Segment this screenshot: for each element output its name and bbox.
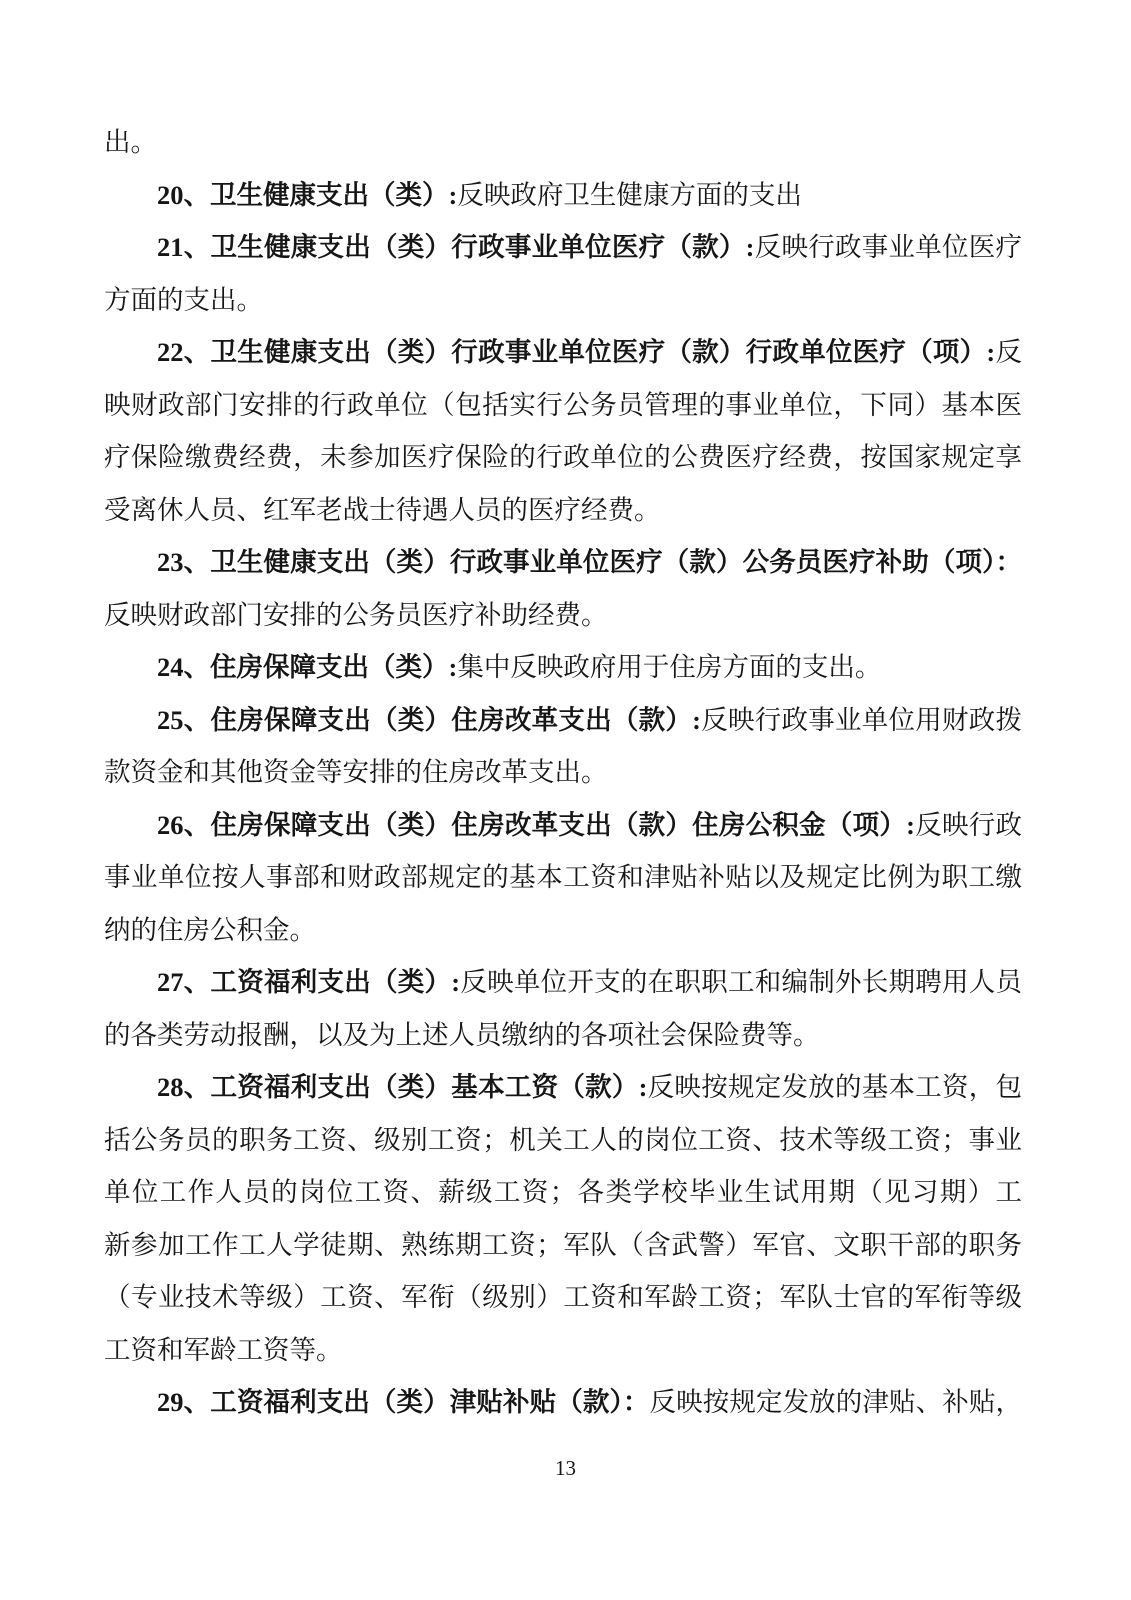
doc-line: 23、卫生健康支出（类）行政事业单位医疗（款）公务员医疗补助（项）： [104, 536, 1022, 589]
doc-line: 26、住房保障支出（类）住房改革支出（款）住房公积金（项）:反映行政 [104, 799, 1022, 852]
item-heading: 26、住房保障支出（类）住房改革支出（款）住房公积金（项）: [157, 810, 915, 840]
doc-line: 事业单位按人事部和财政部规定的基本工资和津贴补贴以及规定比例为职工缴 [104, 851, 1022, 904]
doc-line: 21、卫生健康支出（类）行政事业单位医疗（款）:反映行政事业单位医疗 [104, 221, 1022, 274]
document-body: 出。 20、卫生健康支出（类）:反映政府卫生健康方面的支出 21、卫生健康支出（… [104, 116, 1022, 1429]
doc-line: 新参加工作工人学徒期、熟练期工资；军队（含武警）军官、文职干部的职务 [104, 1219, 1022, 1272]
body-text: 反映行政事业单位医疗 [754, 232, 1022, 262]
body-text: 单位工作人员的岗位工资、薪级工资；各类学校毕业生试用期（见习期）工资、 [104, 1177, 1022, 1219]
body-text: 集中反映政府用于住房方面的支出。 [457, 652, 881, 682]
body-text: 受离休人员、红军老战士待遇人员的医疗经费。 [104, 495, 661, 525]
body-text: 款资金和其他资金等安排的住房改革支出。 [104, 757, 608, 787]
doc-line: 29、工资福利支出（类）津贴补贴（款）：反映按规定发放的津贴、补贴， [104, 1376, 1022, 1429]
doc-line: 疗保险缴费经费，未参加医疗保险的行政单位的公费医疗经费，按国家规定享 [104, 431, 1022, 484]
item-heading: 21、卫生健康支出（类）行政事业单位医疗（款）: [157, 232, 754, 262]
body-text: 纳的住房公积金。 [104, 915, 316, 945]
item-heading: 22、卫生健康支出（类）行政事业单位医疗（款）行政单位医疗（项）: [157, 337, 995, 367]
body-text: 新参加工作工人学徒期、熟练期工资；军队（含武警）军官、文职干部的职务 [104, 1230, 1022, 1260]
body-text: 映财政部门安排的行政单位（包括实行公务员管理的事业单位，下同）基本医 [104, 390, 1022, 420]
doc-line: 20、卫生健康支出（类）:反映政府卫生健康方面的支出 [104, 169, 1022, 222]
doc-line: 27、工资福利支出（类）:反映单位开支的在职职工和编制外长期聘用人员 [104, 956, 1022, 1009]
body-text: 反映单位开支的在职职工和编制外长期聘用人员 [460, 967, 1022, 997]
item-heading: 23、卫生健康支出（类）行政事业单位医疗（款）公务员医疗补助（项）： [157, 547, 1022, 577]
doc-line: 反映财政部门安排的公务员医疗补助经费。 [104, 589, 1022, 642]
doc-line: 方面的支出。 [104, 274, 1022, 327]
document-page: 出。 20、卫生健康支出（类）:反映政府卫生健康方面的支出 21、卫生健康支出（… [0, 0, 1131, 1600]
body-text: 反映按规定发放的津贴、补贴， [649, 1387, 1022, 1417]
body-text: 方面的支出。 [104, 285, 263, 315]
body-text: 反 [995, 337, 1022, 367]
doc-line: 映财政部门安排的行政单位（包括实行公务员管理的事业单位，下同）基本医 [104, 379, 1022, 432]
doc-line: （专业技术等级）工资、军衔（级别）工资和军龄工资；军队士官的军衔等级 [104, 1271, 1022, 1324]
doc-line: 受离休人员、红军老战士待遇人员的医疗经费。 [104, 484, 1022, 537]
item-heading: 28、工资福利支出（类）基本工资（款）: [157, 1072, 647, 1102]
body-text: 反映按规定发放的基本工资，包 [647, 1072, 1022, 1102]
doc-line: 出。 [104, 116, 1022, 169]
body-text: 反映行政事业单位用财政拨 [701, 705, 1022, 735]
body-text: （专业技术等级）工资、军衔（级别）工资和军龄工资；军队士官的军衔等级 [104, 1282, 1022, 1312]
body-text: 反映行政 [915, 810, 1022, 840]
doc-line: 款资金和其他资金等安排的住房改革支出。 [104, 746, 1022, 799]
body-text: 反映政府卫生健康方面的支出 [457, 180, 802, 210]
doc-line: 单位工作人员的岗位工资、薪级工资；各类学校毕业生试用期（见习期）工资、 [104, 1166, 1022, 1219]
body-text: 出。 [104, 127, 157, 157]
item-heading: 24、住房保障支出（类）: [157, 652, 457, 682]
item-heading: 29、工资福利支出（类）津贴补贴（款）： [157, 1387, 649, 1417]
body-text: 事业单位按人事部和财政部规定的基本工资和津贴补贴以及规定比例为职工缴 [104, 862, 1022, 892]
doc-line: 28、工资福利支出（类）基本工资（款）:反映按规定发放的基本工资，包 [104, 1061, 1022, 1114]
doc-line: 25、住房保障支出（类）住房改革支出（款）:反映行政事业单位用财政拨 [104, 694, 1022, 747]
body-text: 反映财政部门安排的公务员医疗补助经费。 [104, 600, 608, 630]
body-text: 括公务员的职务工资、级别工资；机关工人的岗位工资、技术等级工资；事业 [104, 1125, 1022, 1155]
doc-line: 的各类劳动报酬，以及为上述人员缴纳的各项社会保险费等。 [104, 1009, 1022, 1062]
body-text: 工资和军龄工资等。 [104, 1335, 343, 1365]
doc-line: 纳的住房公积金。 [104, 904, 1022, 957]
body-text: 的各类劳动报酬，以及为上述人员缴纳的各项社会保险费等。 [104, 1020, 820, 1050]
item-heading: 20、卫生健康支出（类）: [157, 180, 457, 210]
doc-line: 括公务员的职务工资、级别工资；机关工人的岗位工资、技术等级工资；事业 [104, 1114, 1022, 1167]
body-text: 疗保险缴费经费，未参加医疗保险的行政单位的公费医疗经费，按国家规定享 [104, 442, 1022, 472]
item-heading: 25、住房保障支出（类）住房改革支出（款）: [157, 705, 701, 735]
page-number: 13 [0, 1456, 1131, 1481]
doc-line: 24、住房保障支出（类）:集中反映政府用于住房方面的支出。 [104, 641, 1022, 694]
doc-line: 工资和军龄工资等。 [104, 1324, 1022, 1377]
item-heading: 27、工资福利支出（类）: [157, 967, 460, 997]
doc-line: 22、卫生健康支出（类）行政事业单位医疗（款）行政单位医疗（项）:反 [104, 326, 1022, 379]
